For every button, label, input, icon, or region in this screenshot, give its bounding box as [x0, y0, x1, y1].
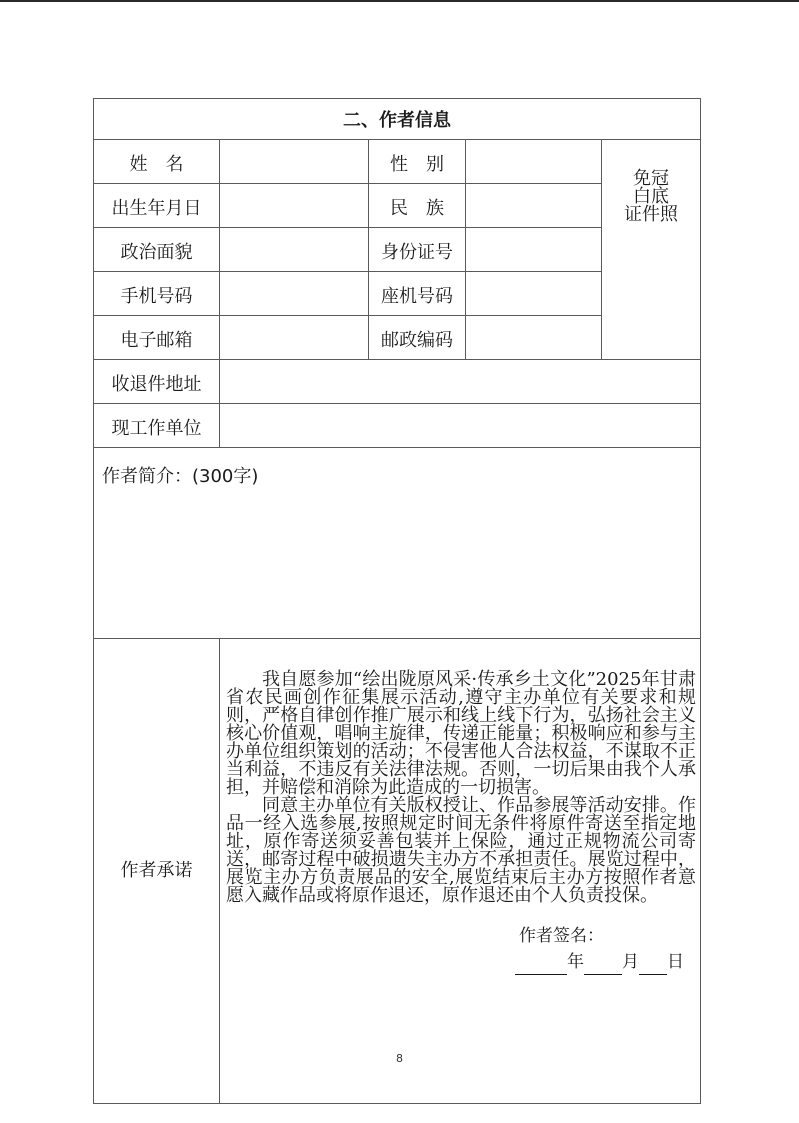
form-row-workplace: 现工作单位 [94, 404, 701, 448]
birth-field[interactable] [220, 184, 369, 228]
year-label: 年 [567, 952, 584, 972]
address-label: 收退件地址 [94, 360, 220, 404]
form-row-address: 收退件地址 [94, 360, 701, 404]
photo-hint-line3: 证件照 [602, 206, 700, 224]
day-blank[interactable] [639, 956, 667, 975]
gender-label: 性别 [369, 140, 466, 184]
name-field[interactable] [220, 140, 369, 184]
name-label: 姓名 [94, 140, 220, 184]
year-blank[interactable] [515, 956, 567, 975]
pledge-paragraph-2: 同意主办单位有关版权授让、作品参展等活动安排。作品一经入选参展,按照规定时间无条… [226, 797, 696, 905]
form-row-name: 姓名 性别 免冠 白底 证件照 [94, 140, 701, 184]
day-label: 日 [667, 952, 684, 972]
landline-label: 座机号码 [369, 272, 466, 316]
ethnicity-field[interactable] [466, 184, 602, 228]
pledge-label: 作者承诺 [94, 639, 220, 1104]
month-blank[interactable] [584, 956, 622, 975]
email-label: 电子邮箱 [94, 316, 220, 360]
form-row-bio: 作者简介：(300字) [94, 448, 701, 639]
address-field[interactable] [220, 360, 701, 404]
section-title: 二、作者信息 [94, 99, 701, 140]
id-field[interactable] [466, 228, 602, 272]
landline-field[interactable] [466, 272, 602, 316]
political-label: 政治面貌 [94, 228, 220, 272]
gender-field[interactable] [466, 140, 602, 184]
signature-label[interactable]: 作者签名： [226, 923, 696, 949]
bio-label: 作者简介：(300字) [102, 466, 258, 487]
postal-label: 邮政编码 [369, 316, 466, 360]
page-number: 8 [0, 1052, 799, 1065]
form-title-row: 二、作者信息 [94, 99, 701, 140]
month-label: 月 [622, 952, 639, 972]
pledge-paragraph-1: 我自愿参加“绘出陇原风采·传承乡土文化”2025年甘肃省农民画创作征集展示活动,… [226, 671, 696, 797]
form-row-pledge: 作者承诺 我自愿参加“绘出陇原风采·传承乡土文化”2025年甘肃省农民画创作征集… [94, 639, 701, 1104]
author-info-form: 二、作者信息 姓名 性别 免冠 白底 证件照 出生年月日 民族 政治面貌 身份证… [93, 98, 701, 1104]
political-field[interactable] [220, 228, 369, 272]
bio-field[interactable]: 作者简介：(300字) [94, 448, 701, 639]
email-field[interactable] [220, 316, 369, 360]
mobile-label: 手机号码 [94, 272, 220, 316]
photo-placeholder[interactable]: 免冠 白底 证件照 [602, 140, 701, 360]
scan-edge [0, 0, 799, 2]
birth-label: 出生年月日 [94, 184, 220, 228]
ethnicity-label: 民族 [369, 184, 466, 228]
signature-block: 作者签名： 年月日 [226, 923, 696, 975]
signature-date: 年月日 [226, 949, 696, 975]
mobile-field[interactable] [220, 272, 369, 316]
workplace-label: 现工作单位 [94, 404, 220, 448]
workplace-field[interactable] [220, 404, 701, 448]
pledge-content: 我自愿参加“绘出陇原风采·传承乡土文化”2025年甘肃省农民画创作征集展示活动,… [220, 639, 701, 1104]
id-label: 身份证号 [369, 228, 466, 272]
postal-field[interactable] [466, 316, 602, 360]
